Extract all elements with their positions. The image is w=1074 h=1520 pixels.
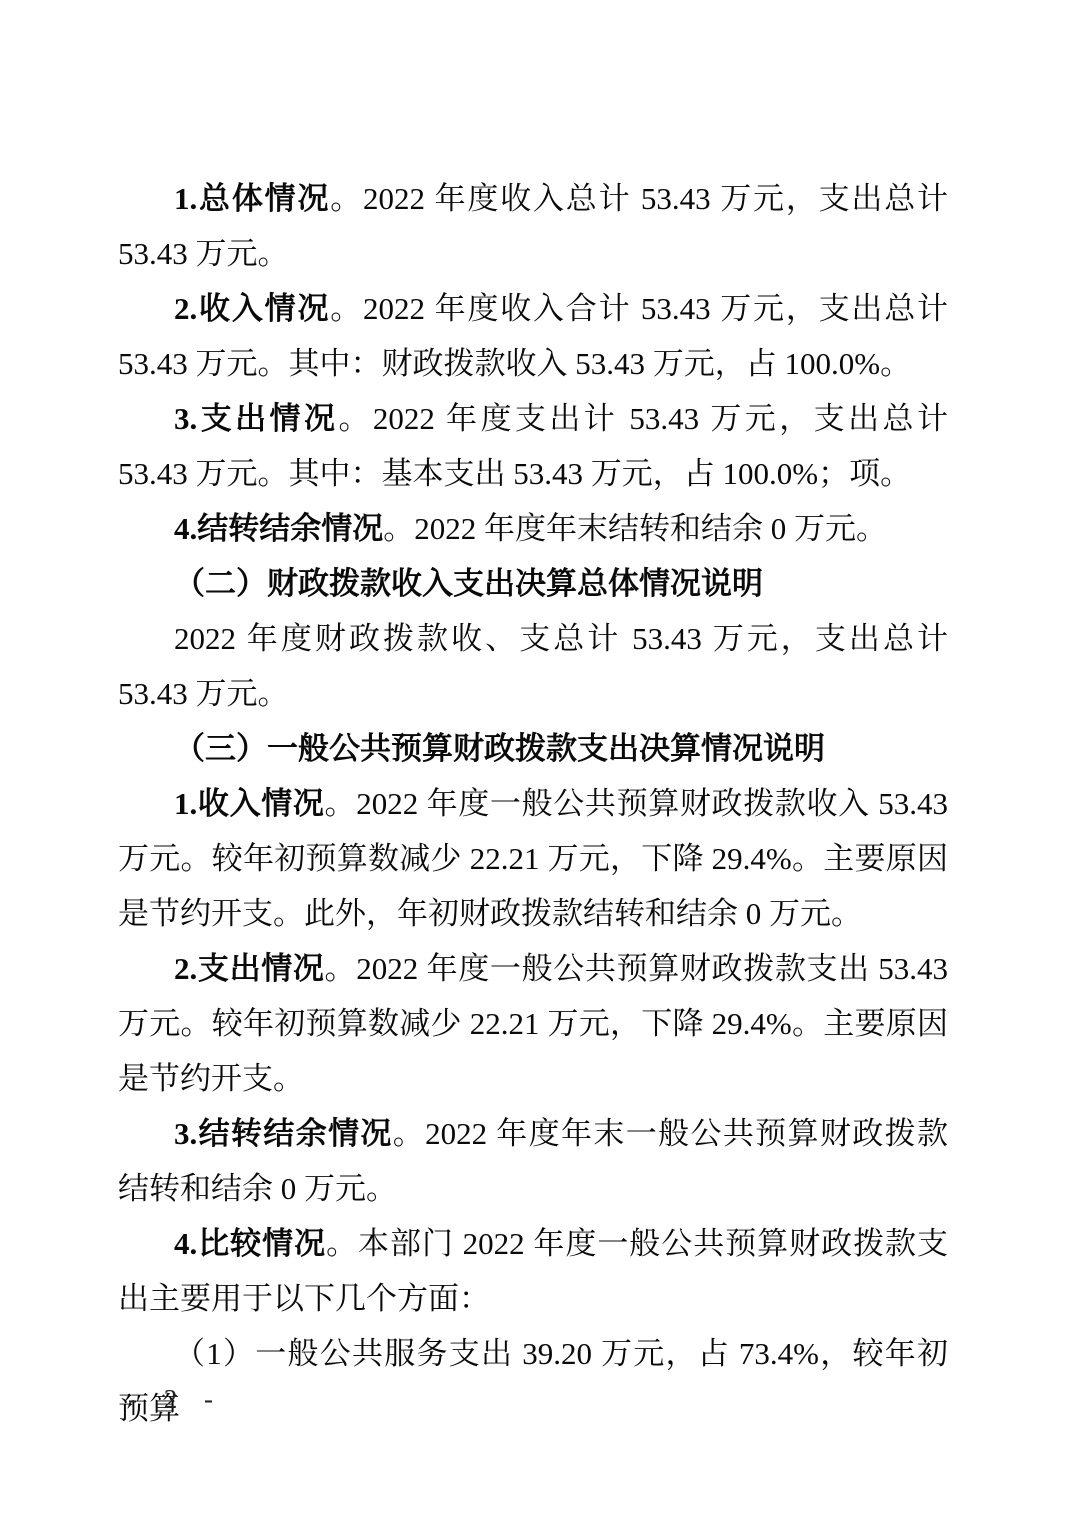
paragraph-lead: 2.收入情况 (174, 291, 330, 326)
paragraph-fiscal-appropriation-total: 2022 年度财政拨款收、支总计 53.43 万元，支出总计 53.43 万元。 (118, 611, 948, 721)
paragraph-lead: 4.结转结余情况 (174, 511, 383, 546)
paragraph-overall-situation: 1.总体情况。2022 年度收入总计 53.43 万元，支出总计 53.43 万… (118, 171, 948, 281)
paragraph-carryover-situation: 4.结转结余情况。2022 年度年末结转和结余 0 万元。 (118, 501, 948, 556)
document-page: 1.总体情况。2022 年度收入总计 53.43 万元，支出总计 53.43 万… (0, 0, 1074, 1520)
section-heading-3: （三）一般公共预算财政拨款支出决算情况说明 (118, 721, 948, 776)
section-heading-text: （三）一般公共预算财政拨款支出决算情况说明 (174, 731, 825, 766)
document-body: 1.总体情况。2022 年度收入总计 53.43 万元，支出总计 53.43 万… (118, 171, 948, 1436)
paragraph-lead: 1.收入情况 (174, 786, 325, 821)
paragraph-income-situation: 2.收入情况。2022 年度收入合计 53.43 万元，支出总计 53.43 万… (118, 281, 948, 391)
paragraph-general-public-service: （1）一般公共服务支出 39.20 万元，占 73.4%，较年初预算 (118, 1326, 948, 1436)
paragraph-budget-income-situation: 1.收入情况。2022 年度一般公共预算财政拨款收入 53.43 万元。较年初预… (118, 776, 948, 941)
page-number: - 2 - (128, 1384, 223, 1415)
paragraph-text: 。2022 年度年末结转和结余 0 万元。 (383, 511, 887, 546)
paragraph-budget-carryover-situation: 3.结转结余情况。2022 年度年末一般公共预算财政拨款结转和结余 0 万元。 (118, 1106, 948, 1216)
paragraph-comparison-situation: 4.比较情况。本部门 2022 年度一般公共预算财政拨款支出主要用于以下几个方面… (118, 1216, 948, 1326)
paragraph-lead: 2.支出情况 (174, 951, 325, 986)
section-heading-text: （二）财政拨款收入支出决算总体情况说明 (174, 566, 763, 601)
paragraph-lead: 1.总体情况 (174, 181, 330, 216)
section-heading-2: （二）财政拨款收入支出决算总体情况说明 (118, 556, 948, 611)
paragraph-text: 2022 年度财政拨款收、支总计 53.43 万元，支出总计 53.43 万元。 (118, 621, 948, 711)
paragraph-text: （1）一般公共服务支出 39.20 万元，占 73.4%，较年初预算 (118, 1336, 948, 1426)
paragraph-lead: 4.比较情况 (174, 1226, 326, 1261)
paragraph-expenditure-situation: 3.支出情况。2022 年度支出计 53.43 万元，支出总计 53.43 万元… (118, 391, 948, 501)
paragraph-lead: 3.支出情况 (174, 401, 338, 436)
paragraph-budget-expenditure-situation: 2.支出情况。2022 年度一般公共预算财政拨款支出 53.43 万元。较年初预… (118, 941, 948, 1106)
paragraph-lead: 3.结转结余情况 (174, 1116, 393, 1151)
